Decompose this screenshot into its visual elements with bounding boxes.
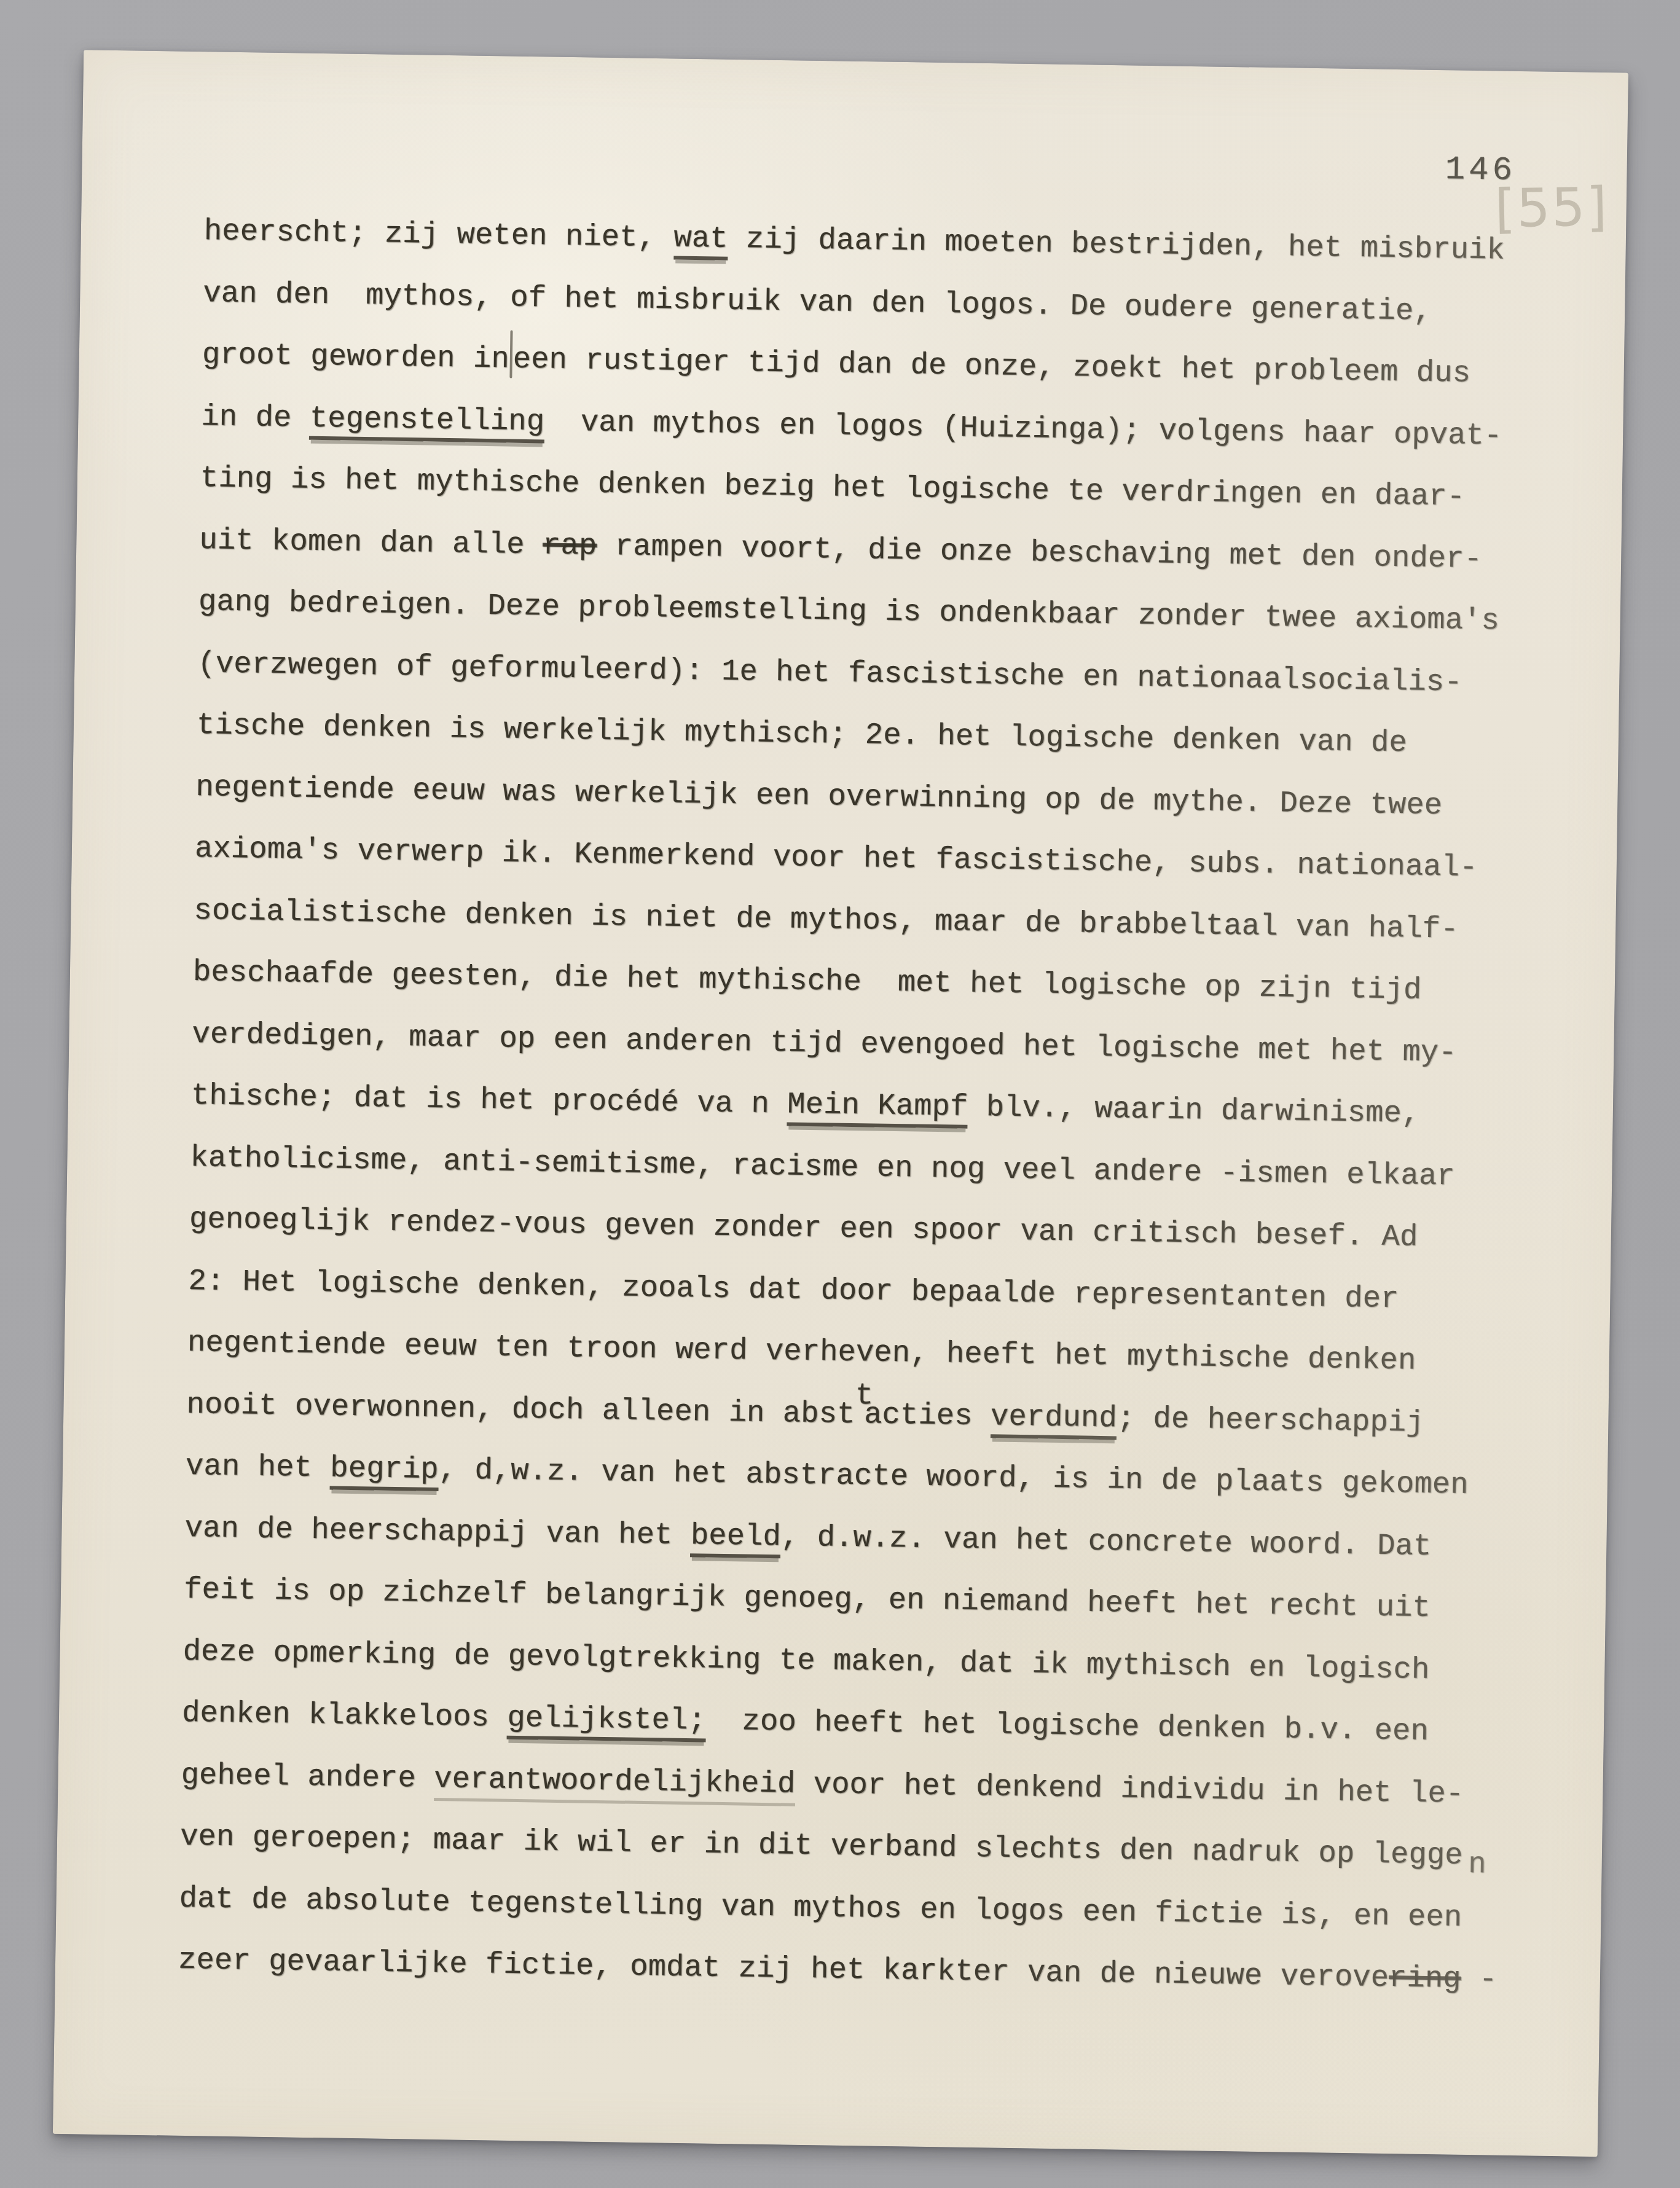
text-segment: van den mythos, of het misbruik van den … <box>203 276 1432 329</box>
text-segment: blv., waarin darwinisme, <box>968 1090 1420 1131</box>
text-segment: n <box>1468 1833 1487 1896</box>
text-segment: dat de absolute tegenstelling van mythos… <box>179 1881 1462 1934</box>
text-segment: t <box>855 1365 866 1427</box>
text-segment: beeld <box>690 1518 781 1558</box>
text-segment: beschaafde geesten, die het mythische me… <box>193 955 1422 1008</box>
scan-background: 146 [55] heerscht; zij weten niet, wat z… <box>0 0 1680 2188</box>
text-segment: rap <box>543 528 597 563</box>
text-segment: negentiende eeuw ten troon werd verheven… <box>187 1325 1416 1378</box>
text-segment: , d,w.z. van het abstracte woord, is in … <box>438 1453 1469 1502</box>
text-segment: - <box>1461 1962 1497 1997</box>
text-segment: gang bedreigen. Deze probleemstelling is… <box>198 584 1500 638</box>
text-segment: rampen voort, die onze beschaving met de… <box>597 528 1483 576</box>
text-segment: een rustiger tijd dan de onze, zoekt het… <box>512 342 1470 391</box>
text-segment: Mein Kampf <box>787 1087 968 1128</box>
text-segment: groot geworden in <box>202 337 509 376</box>
text-segment: nooit overwonnen, doch alleen in abst <box>186 1387 855 1431</box>
text-segment: ; de heerschappij <box>1117 1401 1424 1440</box>
text-segment: feit is op zichzelf belangrijk genoeg, e… <box>184 1572 1431 1625</box>
text-segment: voor het denkend individu in het le- <box>795 1766 1464 1811</box>
text-segment: ven geroepen; maar ik wil er in dit verb… <box>180 1819 1463 1873</box>
text-segment: heerscht; zij weten niet, <box>203 214 673 255</box>
text-segment: verdedigen, maar op een anderen tijd eve… <box>192 1017 1457 1070</box>
text-segment: tegenstelling <box>309 401 544 443</box>
text-segment: geheel andere <box>181 1757 434 1795</box>
text-segment: socialistische denken is niet de mythos,… <box>194 893 1459 947</box>
text-segment: genoeglijk rendez-vous geven zonder een … <box>189 1202 1418 1255</box>
text-segment: thische; dat is het procédé va n <box>191 1078 788 1121</box>
typed-text-block: heerscht; zij weten niet, wat zij daarin… <box>178 200 1556 2011</box>
text-segment: in de <box>201 399 310 436</box>
text-segment: tische denken is werkelijk mythisch; 2e.… <box>197 708 1408 760</box>
text-segment: van de heerschappij van het <box>184 1510 691 1552</box>
text-segment: negentiende eeuw was werkelijk een overw… <box>195 770 1443 823</box>
text-segment: verantwoordelijkheid <box>434 1762 796 1806</box>
text-segment: deze opmerking de gevolgtrekking te make… <box>183 1634 1430 1687</box>
text-segment: van het <box>186 1449 331 1485</box>
text-segment: 2: Het logische denken, zooals dat door … <box>188 1263 1399 1316</box>
text-segment: uit komen dan alle <box>199 523 543 562</box>
text-segment: denken klakkeloos <box>182 1696 508 1735</box>
text-segment: ring <box>1389 1961 1461 1996</box>
text-segment: gelijkstel; <box>507 1701 706 1743</box>
text-segment: van mythos en logos (Huizinga); volgens … <box>544 404 1502 453</box>
text-segment: verdund <box>990 1399 1117 1440</box>
text-segment: zoo heeft het logische denken b.v. een <box>705 1704 1429 1749</box>
text-segment: , d.w.z. van het concrete woord. Dat <box>780 1519 1431 1564</box>
text-segment: axioma's verwerp ik. Kenmerkend voor het… <box>195 831 1478 885</box>
paper-sheet: 146 [55] heerscht; zij weten niet, wat z… <box>53 50 1628 2157</box>
text-segment: zij daarin moeten bestrijden, het misbru… <box>728 222 1505 268</box>
text-segment: zeer gevaarlijke fictie, omdat zij het k… <box>178 1943 1389 1995</box>
text-segment: (verzwegen of geformuleerd): 1e het fasc… <box>197 646 1462 700</box>
text-segment: acties <box>864 1397 991 1433</box>
text-segment: wat <box>673 221 728 261</box>
text-segment: begrip <box>330 1451 439 1491</box>
text-segment: katholicisme, anti-semitisme, racisme en… <box>190 1140 1455 1194</box>
text-segment: ting is het mythische denken bezig het l… <box>200 461 1466 514</box>
